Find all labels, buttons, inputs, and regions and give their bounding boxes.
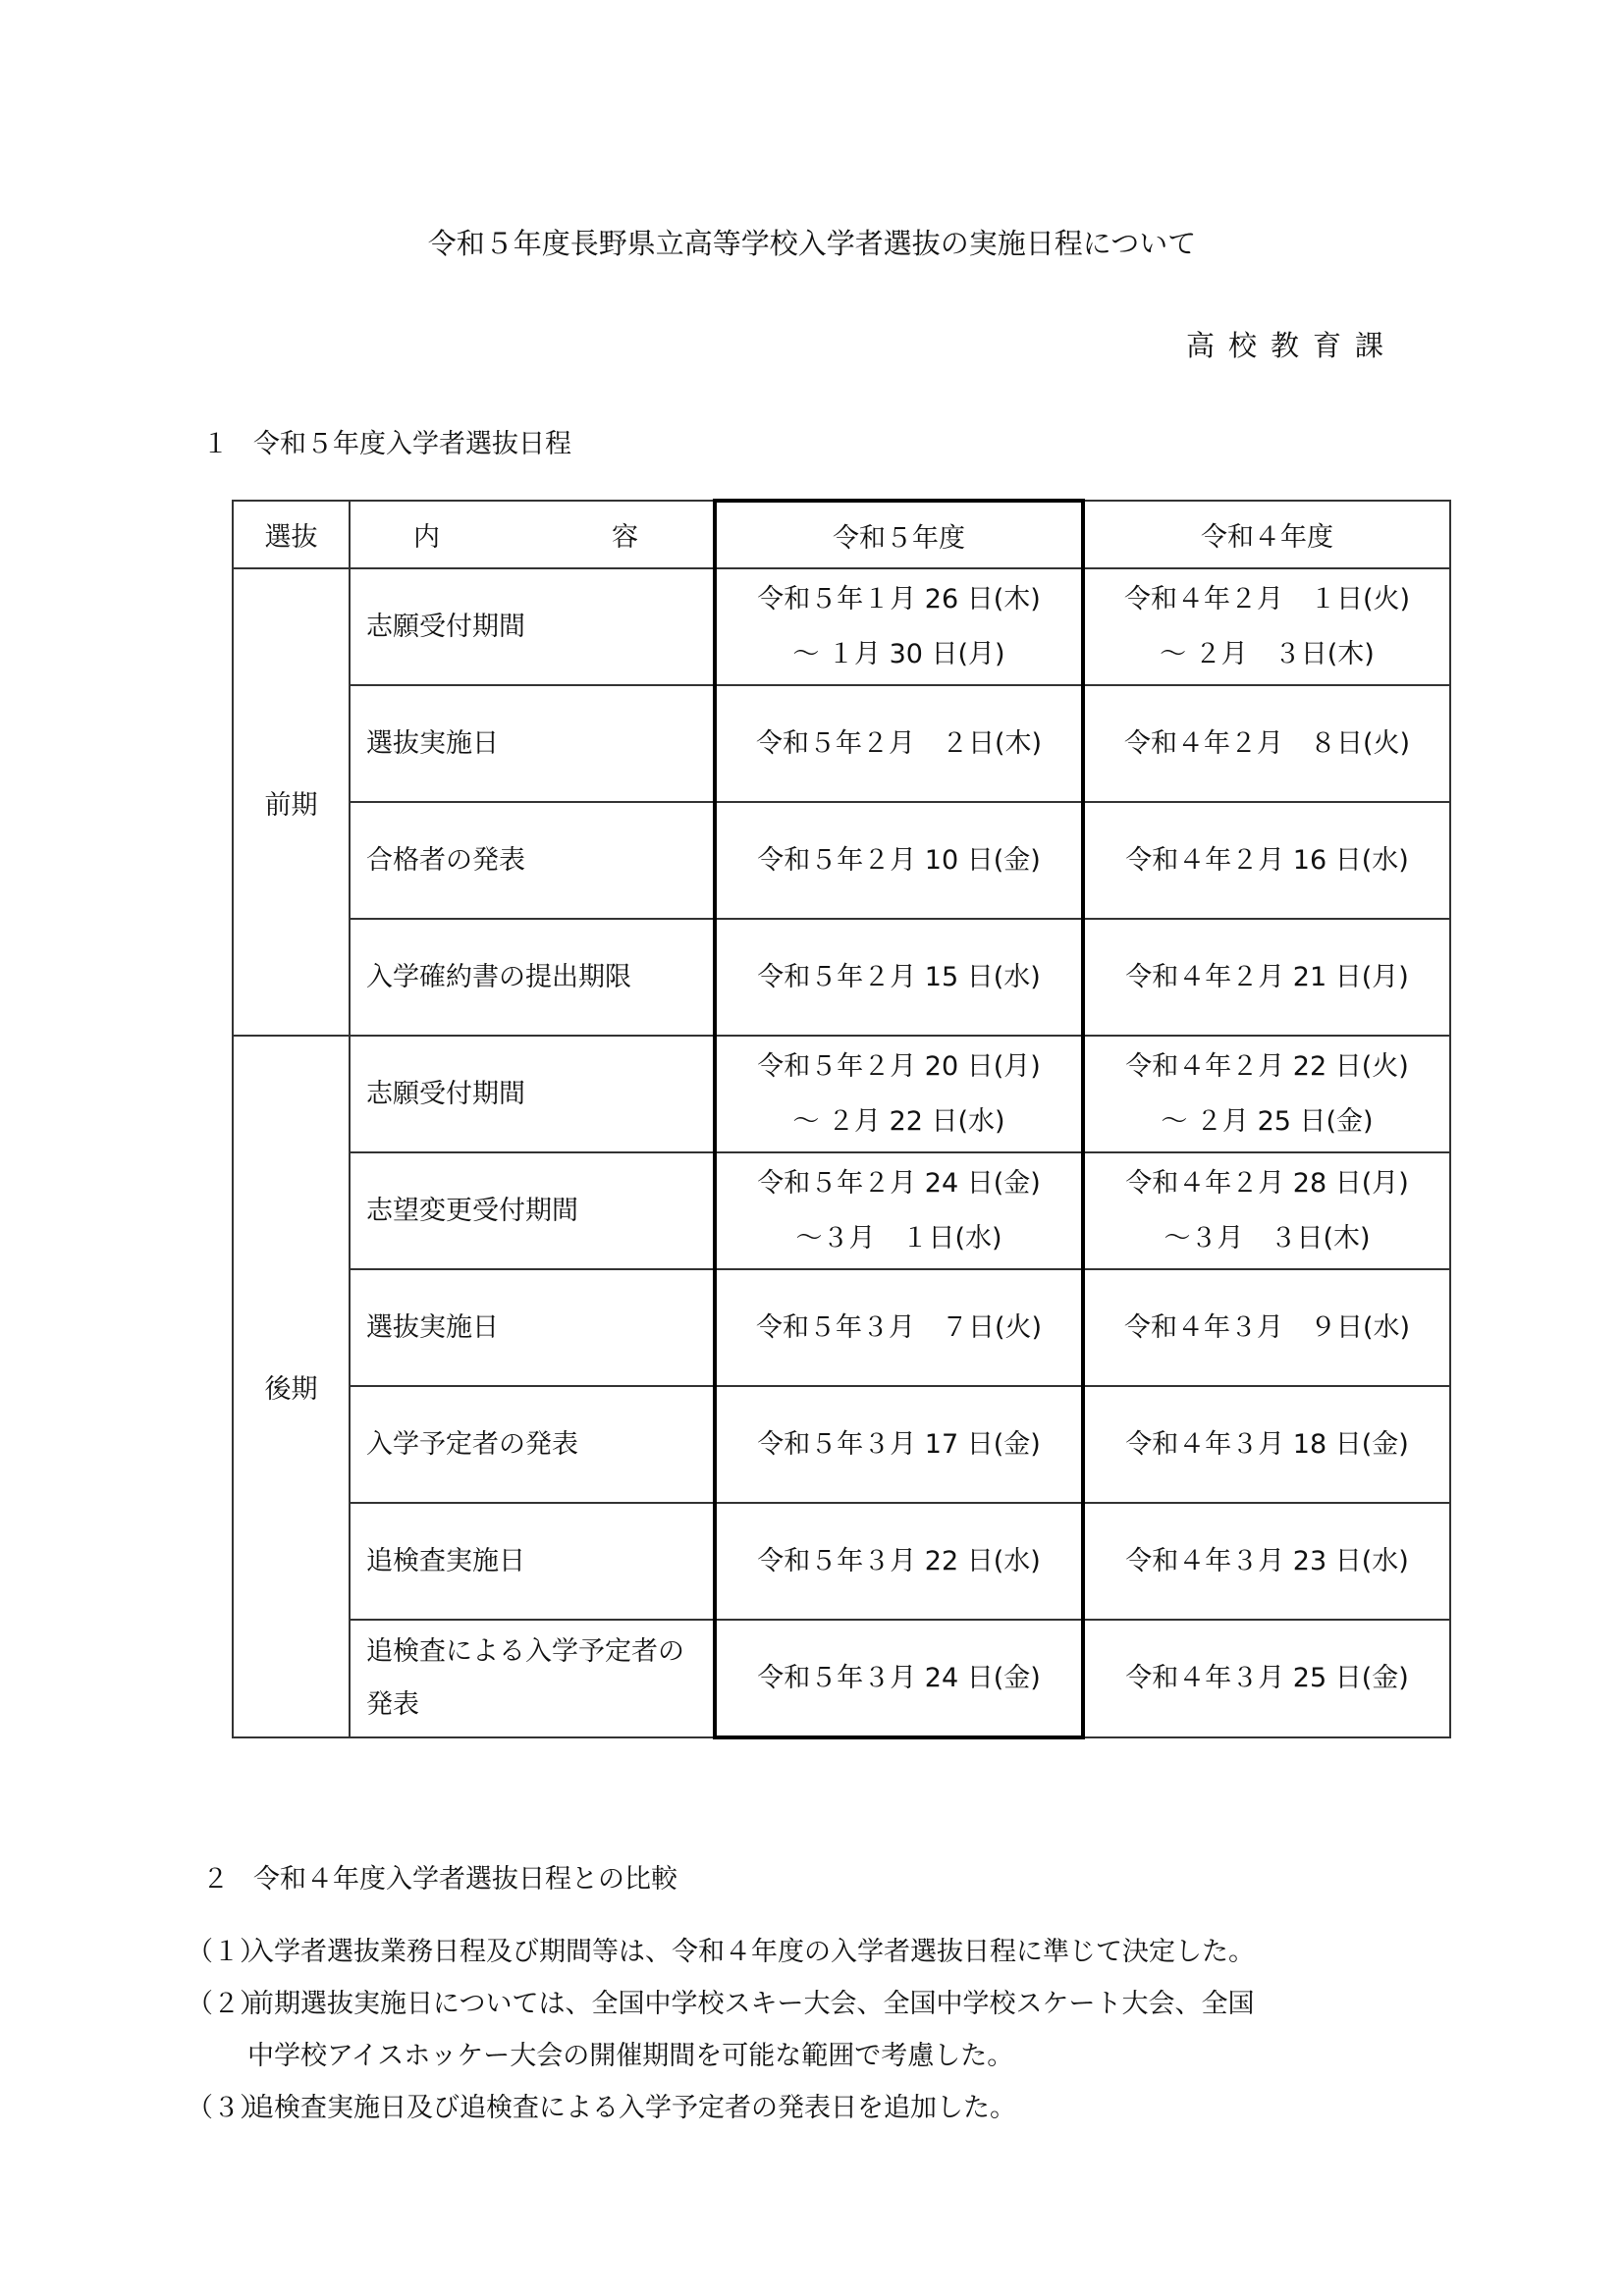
item-cell: 選抜実施日 [350, 1269, 715, 1386]
item-cell: 入学確約書の提出期限 [350, 919, 715, 1036]
table-row: 志望変更受付期間 令和５年２月 24 日(金)～３月 １日(水) 令和４年２月 … [233, 1152, 1450, 1269]
r5-date-cell: 令和５年２月 20 日(月)～ ２月 22 日(水) [715, 1036, 1083, 1152]
item-cell: 追検査による入学予定者の発表 [350, 1620, 715, 1737]
document-title: 令和５年度長野県立高等学校入学者選抜の実施日程について [0, 222, 1624, 262]
section-1-heading: １令和５年度入学者選抜日程 [202, 422, 571, 460]
group-label-koki: 後期 [233, 1036, 350, 1737]
note-item: （２）前期選抜実施日については、全国中学校スキー大会、全国中学校スケート大会、全… [187, 1978, 1255, 2082]
item-cell: 志願受付期間 [350, 1036, 715, 1152]
table-row: 追検査による入学予定者の発表 令和５年３月 24 日(金) 令和４年３月 25 … [233, 1620, 1450, 1737]
note-item: （１）入学者選抜業務日程及び期間等は、令和４年度の入学者選抜日程に準じて決定した… [187, 1926, 1255, 1978]
r5-date-cell: 令和５年３月 24 日(金) [715, 1620, 1083, 1737]
table-row: 合格者の発表 令和５年２月 10 日(金) 令和４年２月 16 日(水) [233, 802, 1450, 919]
r5-date-cell: 令和５年２月 15 日(水) [715, 919, 1083, 1036]
table-row: 入学確約書の提出期限 令和５年２月 15 日(水) 令和４年２月 21 日(月) [233, 919, 1450, 1036]
section-number: １ [202, 422, 253, 460]
group-label-zenki: 前期 [233, 568, 350, 1036]
r4-date-cell: 令和４年３月 23 日(水) [1083, 1503, 1450, 1620]
table-row: 前期 志願受付期間 令和５年１月 26 日(木)～ １月 30 日(月) 令和４… [233, 568, 1450, 685]
section-title: 令和５年度入学者選抜日程 [253, 429, 571, 459]
table-row: 入学予定者の発表 令和５年３月 17 日(金) 令和４年３月 18 日(金) [233, 1386, 1450, 1503]
section-title: 令和４年度入学者選抜日程との比較 [253, 1864, 677, 1895]
header-selection: 選抜 [233, 501, 350, 568]
r4-date-cell: 令和４年２月 ８日(火) [1083, 685, 1450, 802]
item-cell: 追検査実施日 [350, 1503, 715, 1620]
r4-date-cell: 令和４年３月 18 日(金) [1083, 1386, 1450, 1503]
r5-date-cell: 令和５年１月 26 日(木)～ １月 30 日(月) [715, 568, 1083, 685]
r5-date-cell: 令和５年２月 10 日(金) [715, 802, 1083, 919]
item-cell: 志願受付期間 [350, 568, 715, 685]
department-name: 高校教育課 [1186, 324, 1397, 364]
r5-date-cell: 令和５年２月 ２日(木) [715, 685, 1083, 802]
r5-date-cell: 令和５年３月 22 日(水) [715, 1503, 1083, 1620]
r5-date-cell: 令和５年３月 17 日(金) [715, 1386, 1083, 1503]
r5-date-cell: 令和５年２月 24 日(金)～３月 １日(水) [715, 1152, 1083, 1269]
table-header-row: 選抜 内容 令和５年度 令和４年度 [233, 501, 1450, 568]
r4-date-cell: 令和４年２月 16 日(水) [1083, 802, 1450, 919]
r5-date-cell: 令和５年３月 ７日(火) [715, 1269, 1083, 1386]
header-r5: 令和５年度 [715, 501, 1083, 568]
note-item: （３）追検査実施日及び追検査による入学予定者の発表日を追加した。 [187, 2082, 1255, 2134]
section-2-heading: ２令和４年度入学者選抜日程との比較 [202, 1857, 677, 1896]
header-r4: 令和４年度 [1083, 501, 1450, 568]
item-cell: 入学予定者の発表 [350, 1386, 715, 1503]
table-row: 後期 志願受付期間 令和５年２月 20 日(月)～ ２月 22 日(水) 令和４… [233, 1036, 1450, 1152]
section-number: ２ [202, 1857, 253, 1896]
r4-date-cell: 令和４年３月 25 日(金) [1083, 1620, 1450, 1737]
r4-date-cell: 令和４年２月 １日(火)～ ２月 ３日(木) [1083, 568, 1450, 685]
table-row: 追検査実施日 令和５年３月 22 日(水) 令和４年３月 23 日(水) [233, 1503, 1450, 1620]
item-cell: 志望変更受付期間 [350, 1152, 715, 1269]
table-row: 選抜実施日 令和５年３月 ７日(火) 令和４年３月 ９日(水) [233, 1269, 1450, 1386]
comparison-notes: （１）入学者選抜業務日程及び期間等は、令和４年度の入学者選抜日程に準じて決定した… [187, 1926, 1255, 2134]
r4-date-cell: 令和４年２月 22 日(火)～ ２月 25 日(金) [1083, 1036, 1450, 1152]
item-cell: 合格者の発表 [350, 802, 715, 919]
r4-date-cell: 令和４年２月 28 日(月)～３月 ３日(木) [1083, 1152, 1450, 1269]
r4-date-cell: 令和４年３月 ９日(水) [1083, 1269, 1450, 1386]
r4-date-cell: 令和４年２月 21 日(月) [1083, 919, 1450, 1036]
item-cell: 選抜実施日 [350, 685, 715, 802]
table-row: 選抜実施日 令和５年２月 ２日(木) 令和４年２月 ８日(火) [233, 685, 1450, 802]
schedule-table: 選抜 内容 令和５年度 令和４年度 前期 志願受付期間 令和５年１月 26 日(… [232, 499, 1451, 1739]
header-content: 内容 [350, 501, 715, 568]
